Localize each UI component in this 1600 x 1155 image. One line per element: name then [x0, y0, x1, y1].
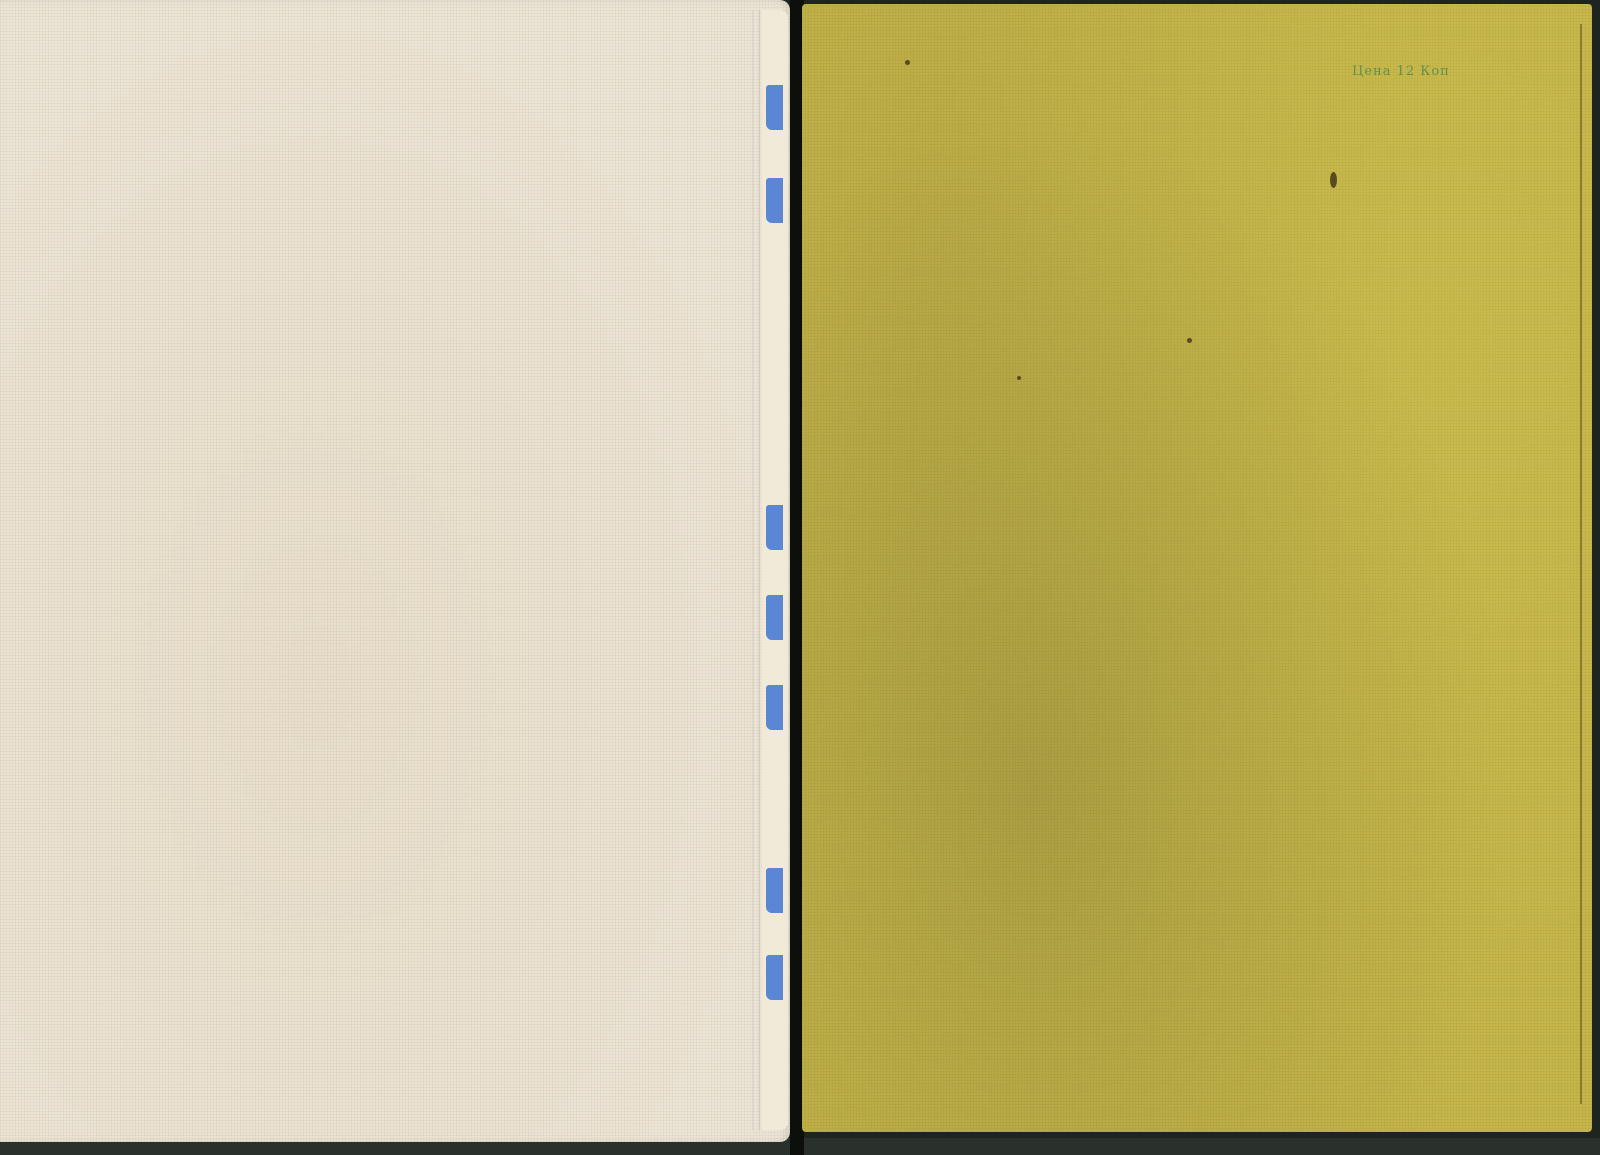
- cloth-stains: [802, 4, 1592, 1132]
- right-book-back-cover: Цена 12 Коп: [802, 4, 1592, 1132]
- price-stamp: Цена 12 Коп: [1352, 64, 1450, 79]
- spine-blue-mark: [766, 685, 783, 730]
- spine-blue-mark: [766, 868, 783, 913]
- spine-blue-mark: [766, 178, 783, 223]
- cloth-shading: [0, 0, 790, 1142]
- spine-blue-mark: [766, 85, 783, 130]
- spine-blue-mark: [766, 955, 783, 1000]
- stain-spot: [905, 60, 910, 65]
- stain-spot: [1017, 376, 1021, 380]
- stain-spot: [1330, 172, 1337, 188]
- left-book-back-cover: [0, 0, 790, 1142]
- stain-spot: [1187, 338, 1192, 343]
- spine-blue-mark: [766, 505, 783, 550]
- hinge-groove: [752, 10, 760, 1130]
- spine-blue-mark: [766, 595, 783, 640]
- cover-edge-crease: [1580, 24, 1582, 1104]
